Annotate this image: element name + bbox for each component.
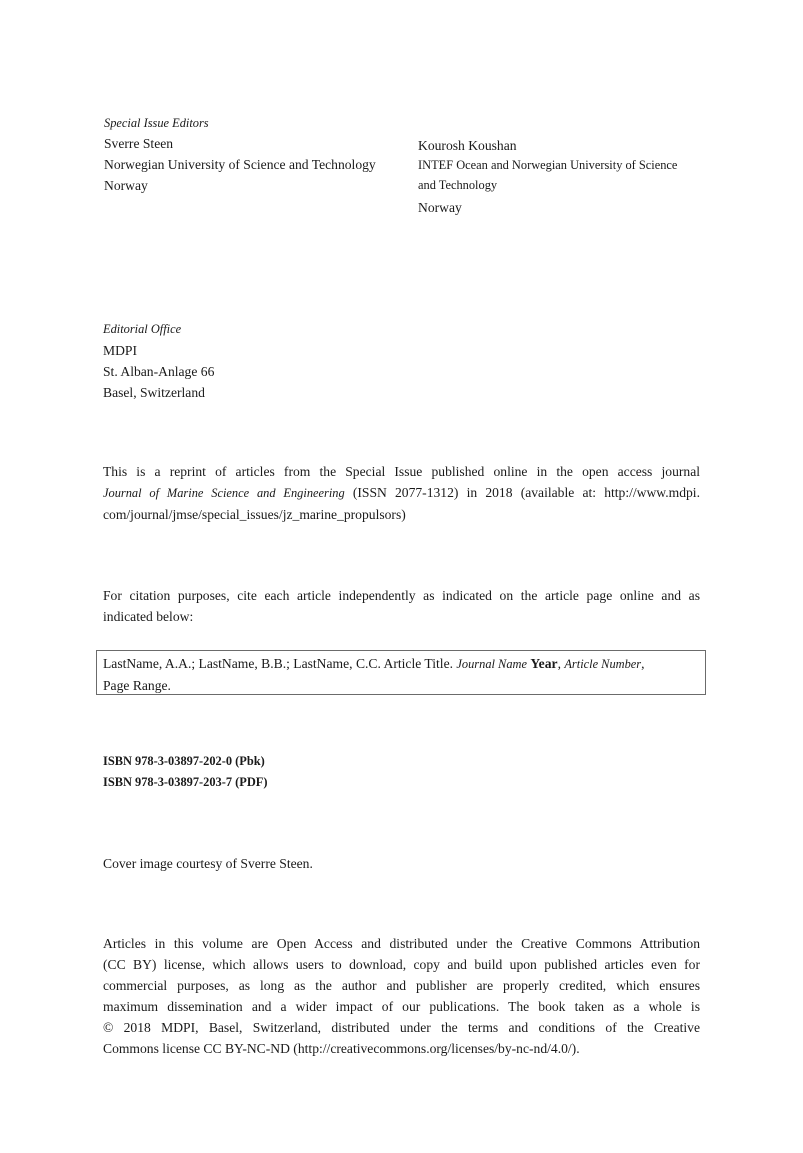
editor-right-affiliation-line2: and Technology	[418, 175, 497, 196]
editorial-office-street: St. Alban-Anlage 66	[103, 361, 214, 382]
reprint-line-2: Journal of Marine Science and Engineerin…	[103, 482, 700, 504]
citation-format-line-1: LastName, A.A.; LastName, B.B.; LastName…	[103, 653, 700, 675]
reprint-line-3: com/journal/jmse/special_issues/jz_marin…	[103, 504, 700, 525]
editor-left-country: Norway	[104, 175, 148, 196]
reprint-line-2-rest: (ISSN 2077-1312) in 2018 (available at: …	[345, 485, 700, 500]
citation-journal-name: Journal Name	[456, 657, 527, 671]
editor-right-affiliation-line1: INTEF Ocean and Norwegian University of …	[418, 155, 677, 176]
license-line: commercial purposes, as long as the auth…	[103, 975, 700, 996]
cover-credit: Cover image courtesy of Sverre Steen.	[103, 853, 313, 874]
editor-left-affiliation: Norwegian University of Science and Tech…	[104, 154, 376, 175]
license-line: maximum dissemination and a wider impact…	[103, 996, 700, 1017]
editor-left-name: Sverre Steen	[104, 133, 173, 154]
reprint-paragraph: This is a reprint of articles from the S…	[103, 461, 700, 525]
editorial-office-heading: Editorial Office	[103, 319, 181, 340]
citation-intro-line-2: indicated below:	[103, 606, 700, 627]
citation-page-range: Page Range.	[103, 675, 700, 696]
journal-title: Journal of Marine Science and Engineerin…	[103, 486, 345, 500]
editor-right-name: Kourosh Koushan	[418, 135, 517, 156]
citation-format-box: LastName, A.A.; LastName, B.B.; LastName…	[96, 650, 706, 695]
license-line: Commons license CC BY-NC-ND (http://crea…	[103, 1038, 700, 1059]
editorial-office-city: Basel, Switzerland	[103, 382, 205, 403]
license-line: (CC BY) license, which allows users to d…	[103, 954, 700, 975]
license-paragraph: Articles in this volume are Open Access …	[103, 933, 700, 1059]
isbn-print: ISBN 978-3-03897-202-0 (Pbk)	[103, 751, 265, 772]
citation-intro: For citation purposes, cite each article…	[103, 585, 700, 627]
citation-article-number: Article Number	[564, 657, 641, 671]
reprint-line-1: This is a reprint of articles from the S…	[103, 461, 700, 482]
editorial-office-name: MDPI	[103, 340, 137, 361]
license-line: © 2018 MDPI, Basel, Switzerland, distrib…	[103, 1017, 700, 1038]
citation-intro-line-1: For citation purposes, cite each article…	[103, 585, 700, 606]
editors-heading: Special Issue Editors	[104, 113, 209, 134]
citation-authors: LastName, A.A.; LastName, B.B.; LastName…	[103, 656, 456, 671]
citation-separator: ,	[641, 656, 644, 671]
citation-year: Year	[530, 656, 557, 671]
editor-right-country: Norway	[418, 197, 462, 218]
license-line: Articles in this volume are Open Access …	[103, 933, 700, 954]
isbn-pdf: ISBN 978-3-03897-203-7 (PDF)	[103, 772, 268, 793]
